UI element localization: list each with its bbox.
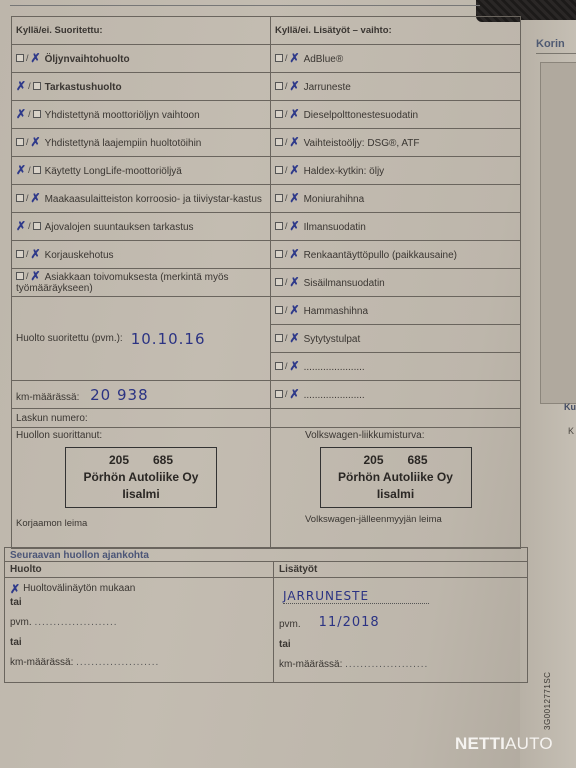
yes-no-checkbox[interactable]: ✗/ — [16, 165, 41, 175]
extra-work-cell: JARRUNESTE pvm. 11/2018 tai km-määrässä:… — [274, 578, 528, 683]
item-label: Renkaantäyttöpullo (paikkausaine) — [304, 250, 457, 261]
next-service-title: Seuraavan huollon ajankohta — [5, 548, 528, 562]
separator: / — [285, 305, 288, 315]
facing-page-illustration — [540, 62, 576, 404]
performed-item: ✗/Yhdistettynä moottoriöljyn vaihtoon — [12, 101, 271, 129]
extra-work-item: /✗Moniurahihna — [271, 185, 521, 213]
km-value[interactable]: 20 938 — [90, 386, 149, 404]
table-row: ✗/Käytetty LongLife-moottoriöljyä/✗Halde… — [12, 157, 521, 185]
extra-km-field[interactable]: ...................... — [345, 659, 428, 670]
workshop-stamp: 205685 Pörhön Autoliike Oy Iisalmi — [65, 447, 217, 508]
yes-no-checkbox[interactable]: /✗ — [275, 81, 300, 91]
performed-item: /✗Öljynvaihtohuolto — [12, 45, 271, 73]
date-label: pvm. — [10, 617, 32, 628]
item-label: Sisäilmansuodatin — [304, 278, 385, 289]
checkbox-checked-icon[interactable]: ✗ — [290, 53, 300, 63]
extra-row: /✗Sytytystulpat — [271, 325, 521, 353]
checkbox-checked-icon[interactable]: ✗ — [16, 81, 26, 91]
checkbox-icon[interactable] — [275, 54, 283, 62]
checkbox-icon[interactable] — [16, 194, 24, 202]
extra-work-item: /✗Dieselpolttonestesuodatin — [271, 101, 521, 129]
item-label: Dieselpolttonestesuodatin — [304, 110, 419, 121]
extra-header: Lisätyöt — [274, 562, 528, 578]
separator: / — [285, 165, 288, 175]
separator: / — [285, 221, 288, 231]
extra-work-item: /✗AdBlue® — [271, 45, 521, 73]
divider — [536, 53, 576, 54]
yes-no-checkbox[interactable]: /✗ — [275, 361, 300, 371]
yes-no-checkbox[interactable]: /✗ — [275, 249, 300, 259]
separator: / — [28, 109, 31, 119]
divider — [10, 5, 480, 6]
item-label: Asiakkaan toivomuksesta (merkintä myös t… — [16, 272, 229, 294]
table-row: /✗Asiakkaan toivomuksesta (merkintä myös… — [12, 269, 521, 297]
facing-page-title: Korin — [536, 38, 565, 50]
yes-no-checkbox[interactable]: /✗ — [16, 249, 41, 259]
checkbox-icon[interactable] — [275, 82, 283, 90]
extra-km-line: km-määrässä: ...................... — [279, 650, 522, 670]
item-label: Käytetty LongLife-moottoriöljyä — [45, 166, 182, 177]
stamp-city: Iisalmi — [321, 486, 471, 503]
stamp-city: Iisalmi — [66, 486, 216, 503]
checkbox-icon[interactable] — [33, 222, 41, 230]
separator: / — [285, 389, 288, 399]
item-label: Maakaasulaitteiston korroosio- ja tiiviy… — [45, 194, 262, 205]
checkbox-icon[interactable] — [275, 362, 283, 370]
checkbox-icon[interactable] — [16, 138, 24, 146]
separator: / — [285, 333, 288, 343]
yes-no-checkbox[interactable]: /✗ — [275, 221, 300, 231]
item-label: Ajovalojen suuntauksen tarkastus — [45, 222, 194, 233]
watermark-light: AUTO — [505, 734, 553, 753]
checkbox-checked-icon[interactable]: ✗ — [16, 221, 26, 231]
separator: / — [28, 221, 31, 231]
item-label: Sytytystulpat — [304, 334, 361, 345]
separator: / — [285, 249, 288, 259]
checkbox-icon[interactable] — [275, 138, 283, 146]
stamp-code-b: 685 — [408, 452, 428, 469]
yes-no-checkbox[interactable]: /✗ — [16, 271, 41, 281]
extra-work-item: /✗Haldex-kytkin: öljy — [271, 157, 521, 185]
extra-work-item: /✗Sisäilmansuodatin — [271, 269, 521, 297]
performed-item: ✗/Tarkastushuolto — [12, 73, 271, 101]
performed-item: /✗Yhdistettynä laajempiin huoltotöihin — [12, 129, 271, 157]
table-row: /✗Yhdistettynä laajempiin huoltotöihin/✗… — [12, 129, 521, 157]
checkbox-icon[interactable] — [33, 110, 41, 118]
item-label: AdBlue® — [304, 54, 344, 65]
table-row: /✗Korjauskehotus/✗Renkaantäyttöpullo (pa… — [12, 241, 521, 269]
or-label: tai — [279, 630, 522, 650]
performed-item: ✗/Käytetty LongLife-moottoriöljyä — [12, 157, 271, 185]
checkbox-icon[interactable] — [16, 272, 24, 280]
extra-row: /✗...................... — [271, 381, 521, 409]
invoice-label: Laskun numero: — [16, 413, 88, 424]
checkbox-checked-icon[interactable]: ✗ — [16, 109, 26, 119]
extra-work-item: /✗Ilmansuodatin — [271, 213, 521, 241]
yes-no-checkbox[interactable]: /✗ — [275, 165, 300, 175]
item-label: Haldex-kytkin: öljy — [304, 166, 385, 177]
separator: / — [285, 109, 288, 119]
item-label: Korjauskehotus — [45, 250, 114, 261]
yes-no-checkbox[interactable]: ✗/ — [16, 221, 41, 231]
extra-work-item: /✗Jarruneste — [271, 73, 521, 101]
form-code: 3G0012771SC — [543, 672, 552, 730]
checkbox-checked-icon[interactable]: ✗ — [290, 305, 300, 315]
yes-no-checkbox[interactable]: /✗ — [16, 137, 41, 147]
yes-no-checkbox[interactable]: /✗ — [275, 109, 300, 119]
checkbox-checked-icon[interactable]: ✗ — [31, 271, 41, 281]
checkbox-checked-icon[interactable]: ✗ — [290, 249, 300, 259]
service-options-cell: ✗ Huoltovälinäytön mukaan tai pvm. .....… — [5, 578, 274, 683]
stamp-code-b: 685 — [153, 452, 173, 469]
table-row: /✗Öljynvaihtohuolto/✗AdBlue® — [12, 45, 521, 73]
checkbox-icon[interactable] — [275, 250, 283, 258]
performed-by-label: Huollon suorittanut: — [16, 430, 266, 441]
checkbox-icon[interactable] — [275, 166, 283, 174]
item-label: ...................... — [304, 390, 365, 401]
checkbox-checked-icon[interactable]: ✗ — [290, 361, 300, 371]
stamp-code-a: 205 — [109, 452, 129, 469]
yes-no-checkbox[interactable]: /✗ — [275, 137, 300, 147]
separator: / — [26, 271, 29, 281]
checkbox-icon[interactable] — [275, 222, 283, 230]
item-label: Moniurahihna — [304, 194, 365, 205]
nettiauto-watermark: NETTIAUTO — [455, 734, 553, 754]
facing-page-caption-2: K — [568, 426, 574, 436]
separator: / — [285, 137, 288, 147]
separator: / — [28, 165, 31, 175]
checkbox-checked-icon[interactable]: ✗ — [31, 137, 41, 147]
checkbox-checked-icon[interactable]: ✗ — [16, 165, 26, 175]
checkbox-icon[interactable] — [275, 110, 283, 118]
yes-no-checkbox[interactable]: ✗/ — [16, 81, 41, 91]
dealer-stamp-label: Volkswagen-jälleenmyyjän leima — [275, 514, 516, 525]
extra-date-value[interactable]: 11/2018 — [319, 615, 380, 630]
checkbox-checked-icon[interactable]: ✗ — [10, 584, 20, 594]
checkbox-icon[interactable] — [33, 166, 41, 174]
km-cell: km-määrässä: 20 938 — [12, 381, 271, 409]
checkbox-checked-icon[interactable]: ✗ — [290, 389, 300, 399]
service-date-value[interactable]: 10.10.16 — [131, 330, 206, 348]
performed-item: ✗/Ajovalojen suuntauksen tarkastus — [12, 213, 271, 241]
checkbox-icon[interactable] — [275, 306, 283, 314]
performed-item: /✗Maakaasulaitteiston korroosio- ja tiiv… — [12, 185, 271, 213]
checkbox-icon[interactable] — [275, 390, 283, 398]
checkbox-checked-icon[interactable]: ✗ — [290, 81, 300, 91]
km-label: km-määrässä: — [10, 657, 73, 668]
separator: / — [26, 53, 29, 63]
checkbox-icon[interactable] — [16, 54, 24, 62]
empty-cell — [271, 409, 521, 428]
date-field[interactable]: ...................... — [34, 617, 117, 628]
separator: / — [26, 193, 29, 203]
left-column-header: Kyllä/ei. Suoritettu: — [12, 17, 271, 45]
yes-no-checkbox[interactable]: /✗ — [275, 53, 300, 63]
extra-work-line: JARRUNESTE — [279, 580, 522, 604]
checkbox-checked-icon[interactable]: ✗ — [290, 221, 300, 231]
extra-work-item: /✗Renkaantäyttöpullo (paikkausaine) — [271, 241, 521, 269]
item-label: Vaihteistoöljy: DSG®, ATF — [304, 138, 420, 149]
extra-date-label: pvm. — [279, 619, 301, 630]
separator: / — [285, 361, 288, 371]
facing-page: Korin Ku K — [520, 20, 576, 768]
yes-no-checkbox[interactable]: /✗ — [16, 53, 41, 63]
watermark-bold: NETTI — [455, 734, 505, 753]
separator: / — [26, 137, 29, 147]
separator: / — [26, 249, 29, 259]
checkbox-checked-icon[interactable]: ✗ — [290, 137, 300, 147]
or-label: tai — [10, 628, 268, 648]
item-label: Jarruneste — [304, 82, 351, 93]
or-label: tai — [10, 594, 268, 608]
service-header: Huolto — [5, 562, 274, 578]
service-record-table: Kyllä/ei. Suoritettu: Kyllä/ei. Lisätyöt… — [11, 16, 521, 549]
checkbox-checked-icon[interactable]: ✗ — [290, 193, 300, 203]
item-label: Hammashihna — [304, 306, 368, 317]
yes-no-checkbox[interactable]: /✗ — [275, 389, 300, 399]
yes-no-checkbox[interactable]: /✗ — [275, 305, 300, 315]
yes-no-checkbox[interactable]: /✗ — [275, 333, 300, 343]
facing-page-caption: Ku — [564, 402, 576, 412]
right-column-header: Kyllä/ei. Lisätyöt – vaihto: — [271, 17, 521, 45]
performed-item: /✗Asiakkaan toivomuksesta (merkintä myös… — [12, 269, 271, 297]
yes-no-checkbox[interactable]: ✗/ — [16, 109, 41, 119]
checkbox-checked-icon[interactable]: ✗ — [290, 109, 300, 119]
table-row: ✗/Ajovalojen suuntauksen tarkastus/✗Ilma… — [12, 213, 521, 241]
separator: / — [285, 277, 288, 287]
checkbox-checked-icon[interactable]: ✗ — [31, 193, 41, 203]
checkbox-icon[interactable] — [275, 334, 283, 342]
table-row: ✗/Tarkastushuolto/✗Jarruneste — [12, 73, 521, 101]
service-date-label: Huolto suoritettu (pvm.): — [16, 333, 123, 344]
checkbox-icon[interactable] — [275, 194, 283, 202]
item-label: Yhdistettynä moottoriöljyn vaihtoon — [45, 110, 200, 121]
item-label: Tarkastushuolto — [45, 82, 122, 93]
date-line: pvm. ...................... — [10, 608, 268, 628]
checkbox-checked-icon[interactable]: ✗ — [290, 333, 300, 343]
extra-work-item: /✗Vaihteistoöljy: DSG®, ATF — [271, 129, 521, 157]
checkbox-checked-icon[interactable]: ✗ — [290, 277, 300, 287]
yes-no-checkbox[interactable]: /✗ — [275, 277, 300, 287]
stamp-company: Pörhön Autoliike Oy — [66, 469, 216, 486]
stamp-code-a: 205 — [363, 452, 383, 469]
separator: / — [285, 53, 288, 63]
table-row: /✗Maakaasulaitteiston korroosio- ja tiiv… — [12, 185, 521, 213]
interval-option[interactable]: ✗ Huoltovälinäytön mukaan — [10, 580, 268, 594]
mobility-label: Volkswagen-liikkumisturva: — [275, 430, 516, 441]
performed-by-cell: Huollon suorittanut: 205685 Pörhön Autol… — [12, 428, 271, 549]
yes-no-checkbox[interactable]: /✗ — [275, 193, 300, 203]
workshop-stamp-label: Korjaamon leima — [16, 518, 266, 529]
extra-row: /✗...................... — [271, 353, 521, 381]
extra-row: /✗Hammashihna — [271, 297, 521, 325]
item-label: Yhdistettynä laajempiin huoltotöihin — [45, 138, 202, 149]
item-label: Öljynvaihtohuolto — [45, 54, 130, 65]
interval-option-label: Huoltovälinäytön mukaan — [23, 583, 135, 594]
table-row: ✗/Yhdistettynä moottoriöljyn vaihtoon/✗D… — [12, 101, 521, 129]
separator: / — [28, 81, 31, 91]
separator: / — [285, 81, 288, 91]
checkbox-checked-icon[interactable]: ✗ — [31, 53, 41, 63]
separator: / — [285, 193, 288, 203]
checkbox-checked-icon[interactable]: ✗ — [290, 165, 300, 175]
dealer-stamp: 205685 Pörhön Autoliike Oy Iisalmi — [320, 447, 472, 508]
extra-date-line: pvm. 11/2018 — [279, 604, 522, 630]
stamp-company: Pörhön Autoliike Oy — [321, 469, 471, 486]
performed-item: /✗Korjauskehotus — [12, 241, 271, 269]
item-label: Ilmansuodatin — [304, 222, 366, 233]
yes-no-checkbox[interactable]: /✗ — [16, 193, 41, 203]
checkbox-icon[interactable] — [33, 82, 41, 90]
checkbox-checked-icon[interactable]: ✗ — [31, 249, 41, 259]
next-service-table: Seuraavan huollon ajankohta Huolto Lisät… — [4, 547, 528, 683]
mobility-cell: Volkswagen-liikkumisturva: 205685 Pörhön… — [271, 428, 521, 549]
checkbox-icon[interactable] — [16, 250, 24, 258]
km-label: km-määrässä: — [16, 392, 79, 403]
extra-work-value[interactable]: JARRUNESTE — [283, 589, 429, 604]
km-field[interactable]: ...................... — [76, 657, 159, 668]
km-line: km-määrässä: ...................... — [10, 648, 268, 668]
item-label: ...................... — [304, 362, 365, 373]
invoice-cell: Laskun numero: — [12, 409, 271, 428]
extra-km-label: km-määrässä: — [279, 659, 342, 670]
checkbox-icon[interactable] — [275, 278, 283, 286]
service-date-cell: Huolto suoritettu (pvm.): 10.10.16 — [12, 297, 271, 381]
